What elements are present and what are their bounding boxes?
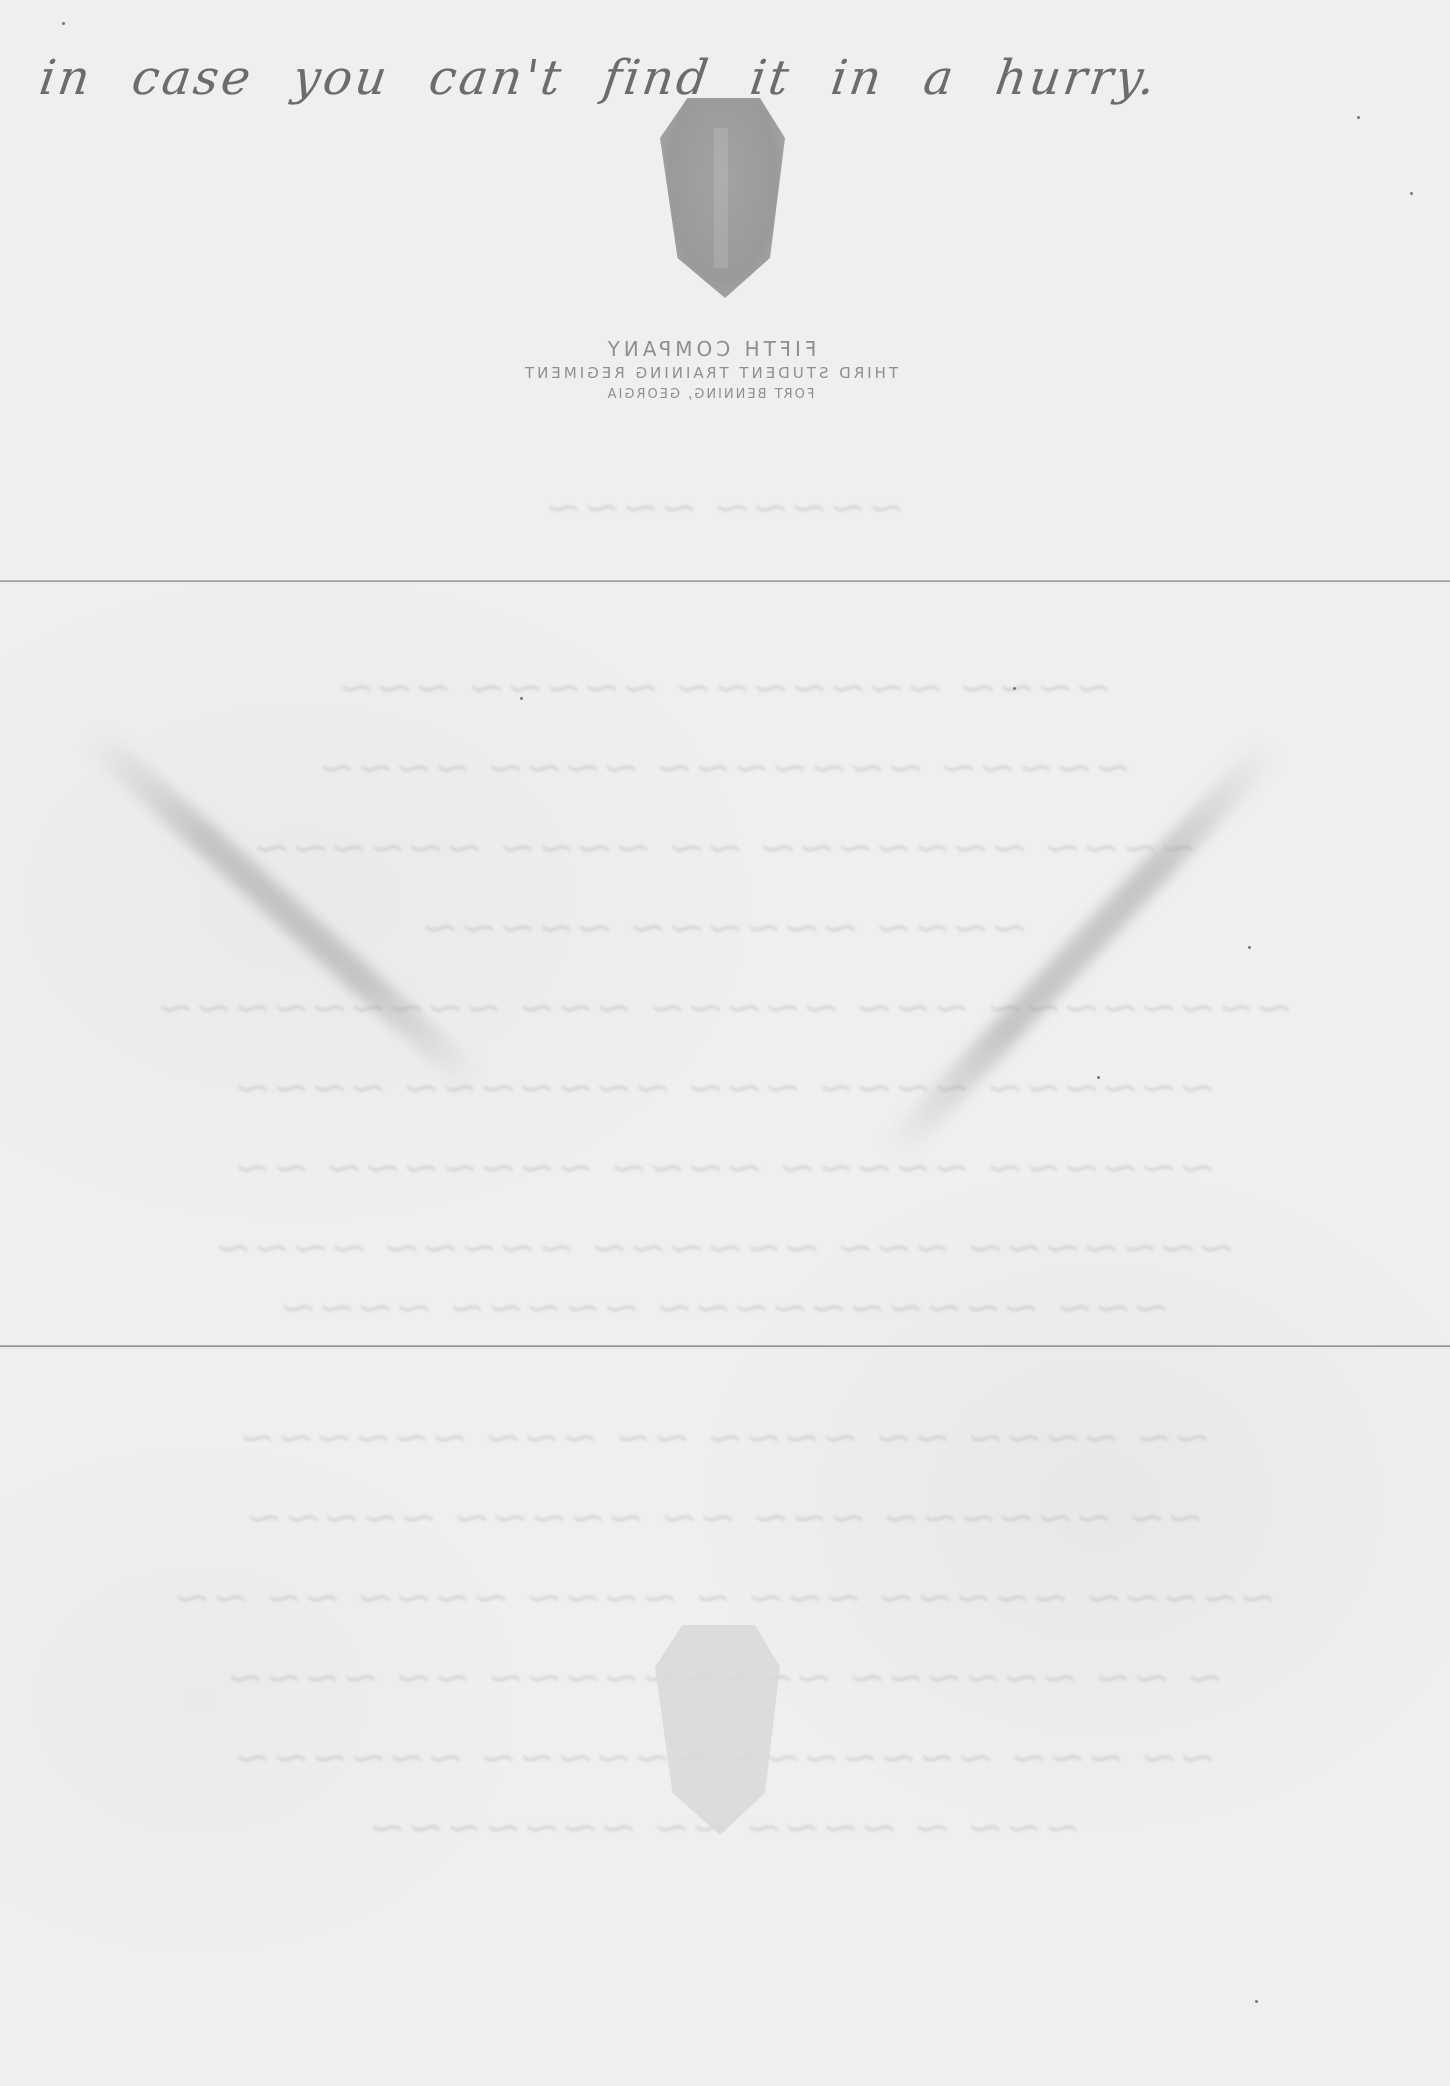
letterhead-showthrough: FIFTH COMPANY THIRD STUDENT TRAINING REG… (440, 336, 980, 406)
letterhead-location: FORT BENNING, GEORGIA (440, 384, 980, 406)
showthrough-line: ~~~ ~~~~~~~~~~ ~~~~~ ~~~~ (0, 1280, 1450, 1334)
showthrough-line: ~~~~ ~~~~~~~ ~~~~~ ~~~ (0, 660, 1450, 714)
showthrough-line: ~~~~~~~~ ~~~ ~~~~~ ~~~ ~~~~~~~~~ (0, 980, 1450, 1034)
letter-page: ~~~~~ ~~~~ ~~~~ ~~~~~~~ ~~~~~ ~~~ ~~~~~ … (0, 0, 1450, 2086)
showthrough-line: ~~ ~~~~~~ ~~~ ~~ ~~~~~ ~~~~~ (0, 1490, 1450, 1544)
letterhead-company: FIFTH COMPANY (440, 336, 980, 362)
crest-stripe (714, 128, 728, 268)
postscript-note: in case you can't find it in a hurry. (36, 50, 1162, 106)
letterhead-regiment: THIRD STUDENT TRAINING REGIMENT (440, 362, 980, 384)
showthrough-line: ~~~~ ~~~~~~ ~~~~~ (0, 900, 1450, 954)
showthrough-line: ~~~~~~ ~~~~ ~~~ ~~~~~~~ ~~~~ (0, 1060, 1450, 1114)
paper-fold (0, 1345, 1450, 1349)
showthrough-line: ~~~~~~ ~~~~~ ~~~~ ~~~~~~~ ~~ (0, 1140, 1450, 1194)
showthrough-line: ~~~~~~~ ~~~ ~~~~~~ ~~~~~ ~~~~ (0, 1220, 1450, 1274)
showthrough-line: ~~~~~ ~~~~~ ~~~ ~ ~~~~ ~~~~ ~~ ~~ (0, 1570, 1450, 1624)
paper-fold (0, 580, 1450, 584)
showthrough-line: ~~ ~~~~ ~~ ~~~~ ~~ ~~~ ~~~~~~ (0, 1410, 1450, 1464)
shield-crest-icon (660, 98, 785, 298)
showthrough-line: ~~~~~ ~~~~ (0, 480, 1450, 534)
